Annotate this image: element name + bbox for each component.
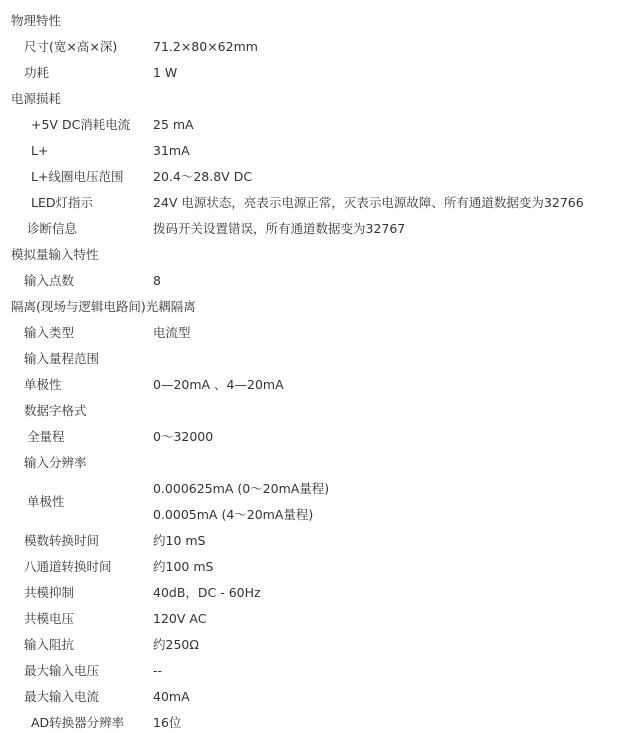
row-value: 约10 mS [153,528,206,554]
row-value: 40dB，DC - 60Hz [153,580,261,606]
row-value: -- [153,658,162,684]
table-row: LED灯指示 24V 电源状态，亮表示电源正常，灭表示电源故障、所有通道数据变为… [0,190,624,216]
table-row: 最大输入电压 -- [0,658,624,684]
row-value: 20.4～28.8V DC [153,164,252,190]
row-value: 71.2×80×62mm [153,34,258,60]
row-value: 31mA [153,138,190,164]
row-label: 共模电压 [24,606,74,632]
table-row: AD转换器分辨率 16位 [0,710,624,733]
row-label: 隔离(现场与逻辑电路间)光耦隔离 [11,294,196,320]
row-label: L+ [31,138,48,164]
row-label: 输入类型 [24,320,74,346]
table-row: 共模电压 120V AC [0,606,624,632]
row-label: 电源损耗 [11,86,61,112]
table-row: 功耗 1 W [0,60,624,86]
row-label: 共模抑制 [24,580,74,606]
row-label: 最大输入电流 [24,684,99,710]
row-label: 物理特性 [11,8,61,34]
section-physical: 物理特性 [0,8,624,34]
row-label: 尺寸(宽×高×深) [24,34,117,60]
row-value: 0—20mA 、4—20mA [153,372,284,398]
row-label: +5V DC消耗电流 [31,112,130,138]
row-value: 0～32000 [153,424,213,450]
table-row: L+线圈电压范围 20.4～28.8V DC [0,164,624,190]
row-value: 24V 电源状态，亮表示电源正常，灭表示电源故障、所有通道数据变为32766 [153,190,584,216]
table-row-merged: 单极性 0.000625mA (0～20mA量程) 0.0005mA (4～20… [0,476,624,528]
table-row: 尺寸(宽×高×深) 71.2×80×62mm [0,34,624,60]
section-analog-input: 模拟量输入特性 [0,242,624,268]
row-value-2: 0.0005mA (4～20mA量程) [153,502,313,528]
row-value: 8 [153,268,161,294]
row-label: 数据字格式 [24,398,87,424]
row-label: LED灯指示 [31,190,93,216]
row-label: AD转换器分辨率 [31,710,124,733]
table-row: 最大输入电流 40mA [0,684,624,710]
table-row: 共模抑制 40dB，DC - 60Hz [0,580,624,606]
row-label: 单极性 [24,372,62,398]
row-label: 模拟量输入特性 [11,242,99,268]
table-row: 单极性 0—20mA 、4—20mA [0,372,624,398]
table-row: 数据字格式 [0,398,624,424]
row-value: 25 mA [153,112,194,138]
row-label: 单极性 [27,476,65,528]
table-row: 输入类型 电流型 [0,320,624,346]
row-value: 120V AC [153,606,206,632]
table-row: 输入点数 8 [0,268,624,294]
row-label: 全量程 [27,424,65,450]
row-label: 输入分辨率 [24,450,87,476]
row-label: L+线圈电压范围 [31,164,123,190]
row-label: 诊断信息 [27,216,77,242]
section-power-loss: 电源损耗 [0,86,624,112]
table-row: 输入分辨率 [0,450,624,476]
table-row: 八通道转换时间 约100 mS [0,554,624,580]
row-label: 功耗 [24,60,49,86]
table-row: 输入阻抗 约250Ω [0,632,624,658]
row-value: 电流型 [153,320,191,346]
section-isolation: 隔离(现场与逻辑电路间)光耦隔离 [0,294,624,320]
row-label: 输入点数 [24,268,74,294]
row-value: 1 W [153,60,177,86]
row-value: 16位 [153,710,181,733]
row-value: 约250Ω [153,632,199,658]
row-label: 最大输入电压 [24,658,99,684]
row-value: 40mA [153,684,190,710]
row-label: 八通道转换时间 [24,554,112,580]
row-value-1: 0.000625mA (0～20mA量程) [153,476,329,502]
row-label: 输入量程范围 [24,346,99,372]
row-label: 模数转换时间 [24,528,99,554]
table-row: L+ 31mA [0,138,624,164]
row-value: 约100 mS [153,554,213,580]
table-row: 模数转换时间 约10 mS [0,528,624,554]
row-label: 输入阻抗 [24,632,74,658]
table-row: +5V DC消耗电流 25 mA [0,112,624,138]
table-row: 输入量程范围 [0,346,624,372]
row-value: 拨码开关设置错误，所有通道数据变为32767 [153,216,405,242]
table-row: 诊断信息 拨码开关设置错误，所有通道数据变为32767 [0,216,624,242]
table-row: 全量程 0～32000 [0,424,624,450]
